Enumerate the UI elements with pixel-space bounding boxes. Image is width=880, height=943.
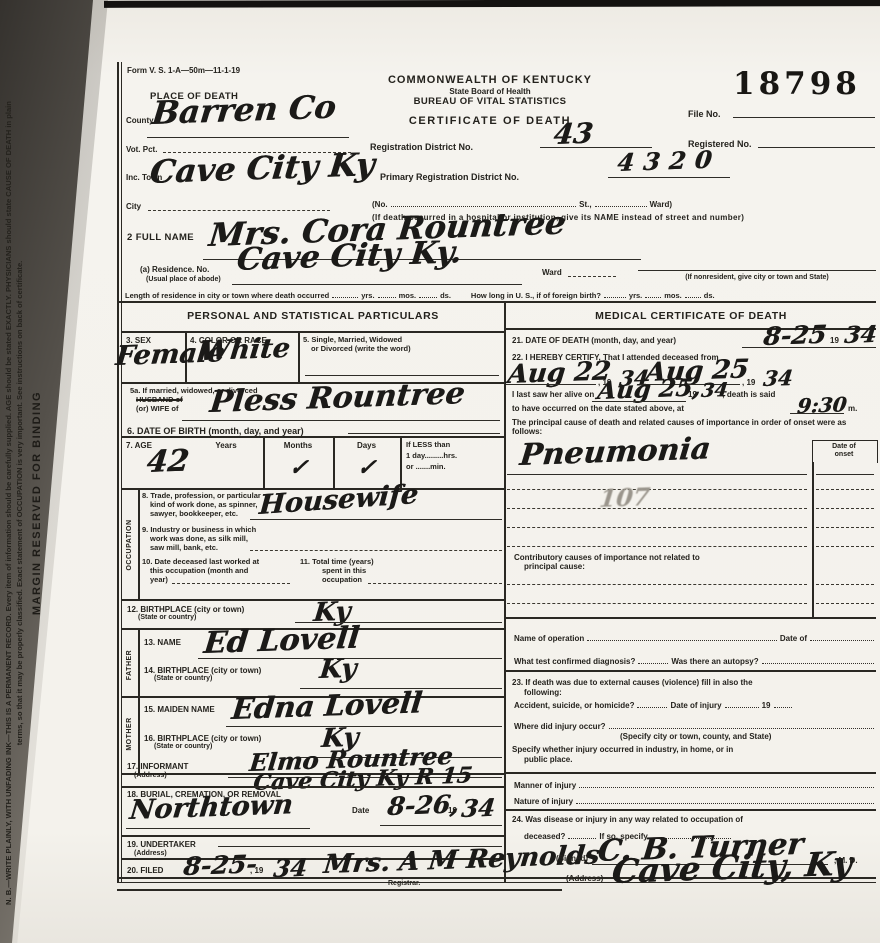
reg-district-label: Registration District No.: [370, 142, 473, 153]
injury-date-label: Date of injury: [670, 701, 721, 710]
onset-line-7: [816, 603, 874, 604]
dob-write-line: [348, 433, 500, 434]
write-line: [332, 290, 358, 298]
row-line: [506, 809, 876, 811]
item11-label-3: occupation: [322, 576, 362, 585]
accident-row: Accident, suicide, or homicide? Date of …: [514, 700, 874, 710]
write-line: [568, 831, 596, 839]
inc-town-value: Cave City Ky: [148, 145, 376, 191]
onset-line-3: [816, 508, 874, 509]
write-line: [595, 199, 647, 207]
item18-write-line: [126, 828, 310, 829]
occurred-pre: to have occurred on the date stated abov…: [512, 404, 684, 413]
item5a-wife-label: (or) WIFE of: [136, 405, 179, 414]
write-line: [638, 656, 668, 664]
row-line: [122, 786, 504, 788]
cause-line-3: [507, 508, 807, 509]
race-value: White: [198, 333, 292, 367]
scan-edge-top: [104, 0, 880, 8]
ifless-label-1: If LESS than: [406, 441, 450, 450]
where-label: Where did injury occur?: [514, 722, 606, 731]
row-line: [122, 436, 504, 438]
contributory-line-1: [507, 584, 807, 585]
ds-label-2: ds.: [704, 292, 715, 301]
county-value: Barren Co: [150, 88, 338, 132]
onset-label-1: Date of: [812, 443, 876, 451]
board-title: State Board of Health: [352, 87, 628, 96]
specify-label-1: Specify whether injury occurred in indus…: [512, 745, 733, 754]
reg-district-value: 43: [552, 117, 595, 151]
side-divider: [138, 630, 140, 774]
nonresident-overline: [638, 270, 876, 271]
registrar-label: Registrar.: [388, 880, 420, 888]
item21-year-print: 19: [830, 336, 839, 345]
item12-sub-label: (State or country): [138, 614, 196, 622]
item8-value: Housewife: [258, 479, 419, 521]
item20-year-value: 34: [272, 853, 309, 883]
side-label-father: FATHER: [126, 630, 138, 700]
write-line: [378, 290, 396, 298]
city-label: City: [126, 202, 141, 211]
write-line: [637, 700, 667, 708]
item19-sub-label: (Address): [134, 850, 167, 858]
file-no-line: [733, 117, 875, 118]
cause-of-death-value: Pneumonia: [518, 431, 712, 473]
mos-label-2: mos.: [664, 292, 682, 301]
signed-label: (Signed): [556, 854, 588, 863]
side-divider: [138, 489, 140, 599]
test-label: What test confirmed diagnosis?: [514, 657, 635, 666]
commonwealth-title: COMMONWEALTH OF KENTUCKY: [352, 74, 628, 87]
accident-label: Accident, suicide, or homicide?: [514, 701, 634, 710]
bureau-title: BUREAU OF VITAL STATISTICS: [352, 96, 628, 107]
occurred-line: [790, 413, 844, 414]
write-line: [774, 700, 792, 708]
onset-line-2: [816, 489, 874, 490]
item5a-write-line: [182, 420, 500, 421]
manner-row: Manner of injury: [514, 780, 874, 790]
row-line: [122, 331, 504, 333]
lastsaw-year-print: 19: [688, 390, 697, 399]
file-no-label: File No.: [688, 109, 721, 120]
item15-write-line: [226, 726, 502, 727]
form-border-left: [117, 62, 119, 882]
street-ward-label: Ward): [650, 200, 672, 209]
row-line: [122, 835, 504, 837]
item10-write-line: [172, 583, 290, 584]
operation-label: Name of operation: [514, 634, 584, 643]
mos-label: mos.: [399, 292, 417, 301]
cause-line-2: [507, 489, 807, 490]
write-line: [604, 290, 626, 298]
onset-column-divider: [812, 462, 814, 618]
howlong-label: How long in U. S., if of foreign birth?: [471, 292, 601, 301]
yrs-label-2: yrs.: [629, 292, 642, 301]
item15-label: 15. MAIDEN NAME: [144, 705, 215, 714]
nature-row: Nature of injury: [514, 796, 874, 806]
item8-write-line: [250, 519, 502, 520]
item19-label: 19. UNDERTAKER: [127, 840, 196, 849]
item21-year-value: 34: [843, 321, 878, 349]
write-line: [576, 796, 874, 804]
marital-label-2: or Divorced (write the word): [311, 345, 411, 354]
write-line: [762, 656, 874, 664]
item21-label: 21. DATE OF DEATH (month, day, and year): [512, 336, 676, 345]
write-line: [685, 290, 701, 298]
item18-date-line: [380, 825, 502, 826]
item21-write-line: [742, 347, 876, 348]
item18-year-value: 34: [460, 793, 497, 823]
side-label-occupation: OCCUPATION: [126, 490, 138, 600]
test-autopsy-row: What test confirmed diagnosis? Was there…: [514, 656, 874, 666]
item9-write-line: [250, 550, 502, 551]
residence-label: (a) Residence. No.: [140, 265, 209, 274]
years-label: Years: [190, 441, 262, 450]
side-label-mother: MOTHER: [126, 699, 138, 769]
residence-sub-label: (Usual place of abode): [146, 276, 221, 284]
ifless-label-3: or .......min.: [406, 463, 446, 472]
yrs-label: yrs.: [361, 292, 374, 301]
ward-label: Ward: [542, 268, 562, 277]
write-line: [645, 290, 661, 298]
date-of-label: Date of: [780, 634, 807, 643]
address-label: (Address): [566, 874, 603, 883]
cause-line-5: [507, 546, 807, 547]
residence-value: Cave City Ky.: [235, 234, 463, 278]
write-line: [419, 290, 437, 298]
months-check-icon: ✓: [288, 454, 309, 481]
nature-label: Nature of injury: [514, 797, 573, 806]
binding-margin-note: N. B.—WRITE PLAINLY, WITH UNFADING INK—T…: [3, 91, 77, 915]
occurred-post: m.: [848, 404, 857, 413]
lastsaw-line: [592, 401, 686, 402]
age-value: 42: [145, 444, 191, 480]
write-line: [725, 700, 759, 708]
margin-binding-text: MARGIN RESERVED FOR BINDING: [31, 91, 43, 915]
write-line: [579, 780, 874, 788]
onset-line: [816, 474, 874, 475]
item11-write-line: [368, 583, 502, 584]
injury-year-print: 19: [762, 701, 771, 710]
scanned-death-certificate: N. B.—WRITE PLAINLY, WITH UNFADING INK—T…: [0, 0, 880, 943]
where-injury-row: Where did injury occur?: [514, 721, 874, 731]
onset-line-6: [816, 584, 874, 585]
street-no-label: (No.: [372, 200, 388, 209]
onset-line-4: [816, 527, 874, 528]
lastsaw-pre: I last saw her alive on: [512, 390, 594, 399]
primary-district-value: 4320: [616, 144, 722, 177]
lastsaw-post: ; death is said: [722, 390, 775, 399]
onset-line-5: [816, 546, 874, 547]
row-line: [506, 617, 876, 619]
row-line: [506, 772, 876, 774]
contributory-label-2: principal cause:: [524, 562, 585, 571]
certificate-number-stamp: 18798: [733, 66, 861, 102]
nonresident-note: (If nonresident, give city or town and S…: [638, 274, 876, 282]
item20-label: 20. FILED: [127, 866, 163, 875]
months-label: Months: [265, 441, 331, 450]
city-line: [148, 210, 330, 211]
certify-to-year-print: , 19: [742, 378, 755, 387]
operation-row: Name of operation Date of: [514, 633, 874, 643]
cause-line-4: [507, 527, 807, 528]
physician-address-value: Cave City, Ky: [610, 844, 854, 891]
days-label: Days: [335, 441, 398, 450]
form-border-left-inner: [121, 62, 122, 882]
item18-date-label: Date: [352, 806, 369, 815]
primary-district-line: [608, 177, 730, 178]
ward-line: [568, 276, 616, 277]
residence-line: [232, 284, 522, 285]
write-line: [609, 721, 874, 729]
where-sub-label: (Specify city or town, county, and State…: [620, 732, 771, 741]
item16-sub-label: (State or country): [154, 743, 212, 751]
item20-year-print: , 19: [250, 866, 263, 875]
marital-write-line: [305, 375, 499, 376]
personal-section-title: PERSONAL AND STATISTICAL PARTICULARS: [122, 310, 504, 322]
section-divider-line: [117, 301, 876, 303]
write-line: [587, 633, 777, 641]
row-line: [506, 670, 876, 672]
item18-year-print: 19: [448, 806, 457, 815]
length-of-residence-row: Length of residence in city or town wher…: [125, 290, 876, 301]
full-name-label: 2 FULL NAME: [127, 232, 194, 243]
contributory-line-2: [507, 603, 807, 604]
specify-label-2: public place.: [524, 755, 572, 764]
item23-label-2: following:: [524, 688, 562, 697]
ifless-label-2: 1 day.........hrs.: [406, 452, 457, 461]
days-check-icon: ✓: [356, 454, 377, 481]
write-line: [810, 633, 874, 641]
registered-no-line: [758, 147, 875, 148]
form-rule-bottom-extra: [117, 889, 562, 891]
item8-label-3: sawyer, bookkeeper, etc.: [150, 510, 238, 519]
cell-divider: [298, 332, 300, 383]
item23-label-1: 23. If death was due to external causes …: [512, 678, 753, 687]
item24-label-1: 24. Was disease or injury in any way rel…: [512, 815, 743, 824]
certify-from-line: [506, 384, 596, 385]
manner-label: Manner of injury: [514, 781, 576, 790]
item13-label: 13. NAME: [144, 638, 181, 647]
length-label: Length of residence in city or town wher…: [125, 292, 329, 301]
item14-value: Ky: [318, 654, 358, 685]
item10-label-3: year): [150, 576, 168, 585]
item20-date-value: 8-25-: [182, 849, 258, 881]
occurred-time-value: 9:30: [796, 392, 848, 418]
county-label: County: [126, 116, 154, 125]
row-line: [122, 599, 504, 601]
county-line: [147, 137, 349, 138]
cause-line: [507, 474, 807, 475]
autopsy-label: Was there an autopsy?: [671, 657, 758, 666]
item24-deceased-label: deceased?: [524, 832, 565, 841]
onset-label-2: onset: [812, 451, 876, 459]
form-number: Form V. S. 1-A—50m—11-1-19: [127, 66, 240, 75]
item14-sub-label: (State or country): [154, 675, 212, 683]
item18-value: Northtown: [128, 789, 294, 826]
primary-district-label: Primary Registration District No.: [380, 172, 519, 183]
margin-nb-text: N. B.—WRITE PLAINLY, WITH UNFADING INK—T…: [3, 91, 26, 915]
item9-label-3: saw mill, bank, etc.: [150, 544, 218, 553]
ds-label: ds.: [440, 292, 451, 301]
item15-value: Edna Lovell: [230, 685, 424, 726]
street-st-label: St.,: [579, 200, 591, 209]
certify-to-year-value: 34: [762, 365, 794, 391]
item17-label: 17. INFORMANT: [127, 762, 188, 771]
item17-sub-label: (Address): [134, 772, 167, 780]
